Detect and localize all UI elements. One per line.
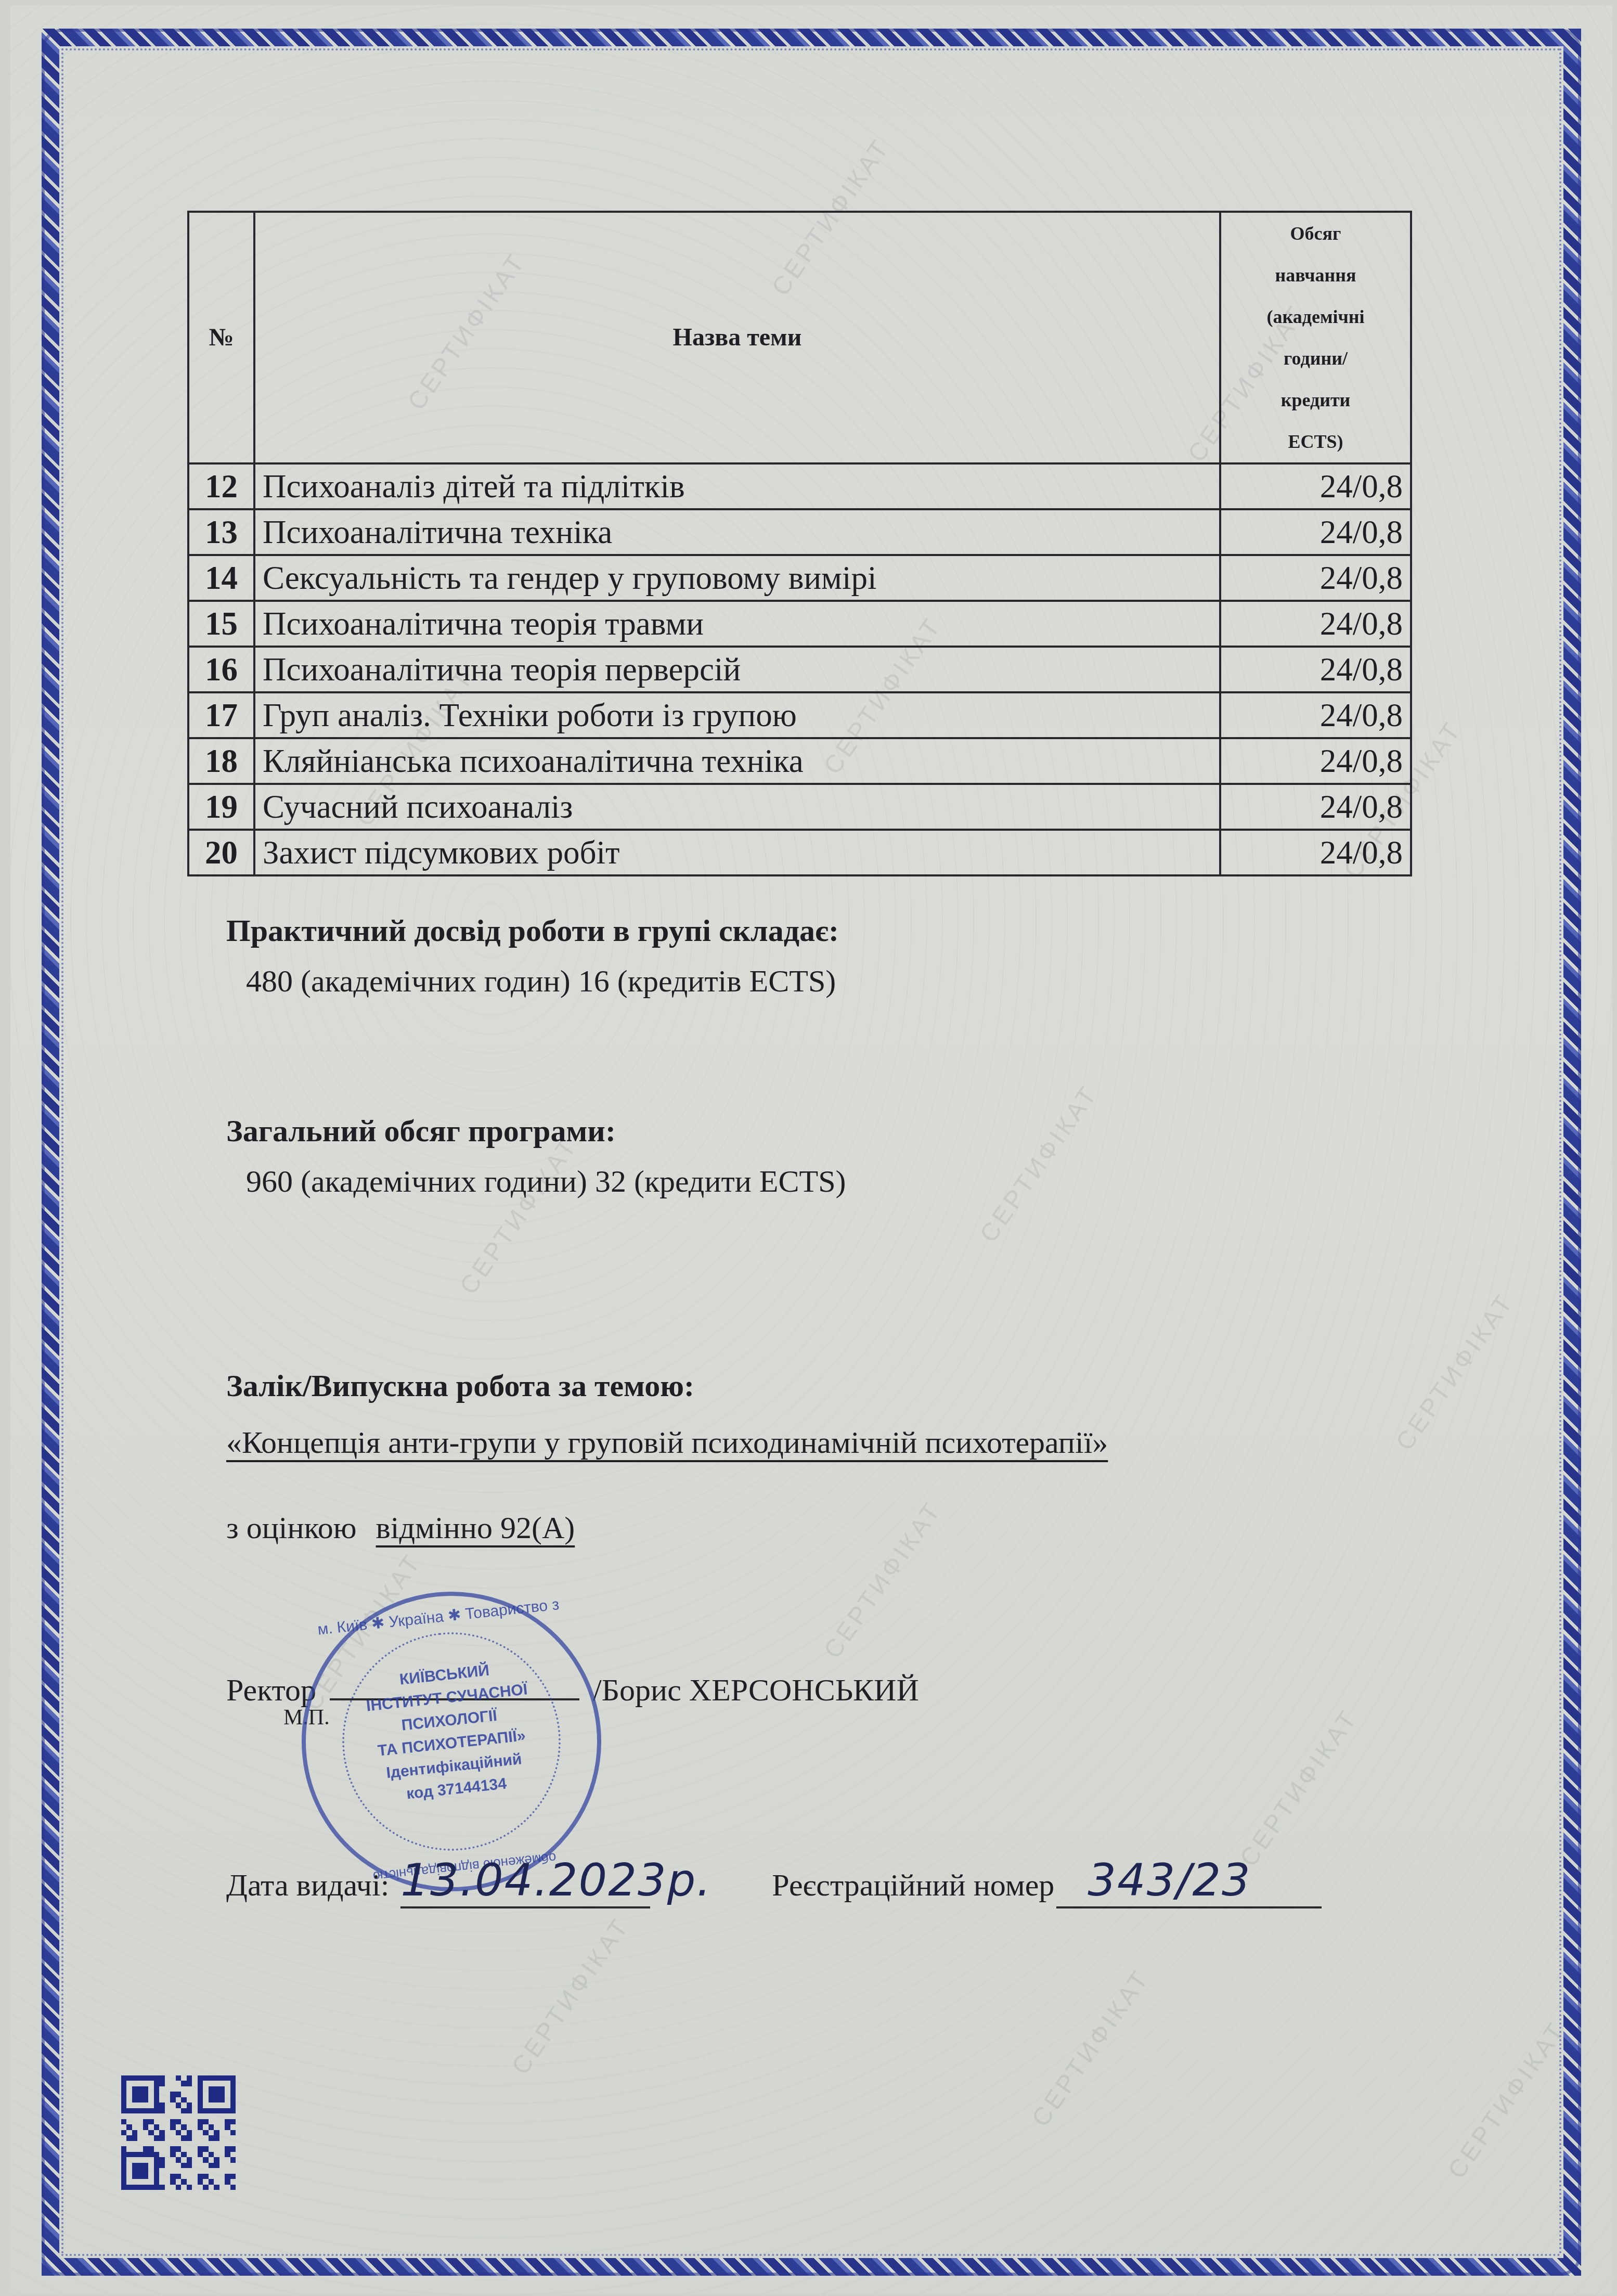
row-volume: 24/0,8 xyxy=(1220,509,1411,555)
row-volume: 24/0,8 xyxy=(1220,601,1411,647)
table-row: 13Психоаналітична техніка24/0,8 xyxy=(188,509,1411,555)
row-topic: Груп аналіз. Техніки роботи із групою xyxy=(254,692,1220,738)
total-section: Загальний обсяг програми: 960 (академічн… xyxy=(226,1113,846,1199)
row-topic: Психоаналіз дітей та підлітків xyxy=(254,463,1220,509)
table-row: 19Сучасний психоаналіз24/0,8 xyxy=(188,784,1411,830)
practice-label: Практичний досвід роботи в групі складає… xyxy=(226,913,839,949)
header-topic: Назва теми xyxy=(254,212,1220,463)
issue-date-label: Дата видачі: xyxy=(226,1868,389,1902)
row-volume: 24/0,8 xyxy=(1220,647,1411,692)
table-row: 17Груп аналіз. Техніки роботи із групою2… xyxy=(188,692,1411,738)
topics-table: № Назва теми Обсяг навчання (академічні … xyxy=(187,211,1412,876)
table-row: 16Психоаналітична теорія перверсій24/0,8 xyxy=(188,647,1411,692)
practice-section: Практичний досвід роботи в групі складає… xyxy=(226,913,839,999)
qr-code-icon xyxy=(121,2075,236,2190)
row-topic: Психоаналітична техніка xyxy=(254,509,1220,555)
row-number: 15 xyxy=(188,601,254,647)
header-volume-line: кредити xyxy=(1228,379,1403,421)
row-topic: Захист підсумкових робіт xyxy=(254,830,1220,875)
row-number: 18 xyxy=(188,738,254,784)
row-number: 19 xyxy=(188,784,254,830)
table-header-row: № Назва теми Обсяг навчання (академічні … xyxy=(188,212,1411,463)
stamp-inner-text: КИЇВСЬКИЙ ІНСТИТУТ СУЧАСНОЇ ПСИХОЛОГІЇ Т… xyxy=(360,1655,540,1809)
grade-label: з оцінкою xyxy=(226,1511,357,1545)
registration-value: 343/23 xyxy=(1056,1854,1322,1908)
row-topic: Сучасний психоаналіз xyxy=(254,784,1220,830)
table-row: 14Сексуальність та гендер у груповому ви… xyxy=(188,555,1411,601)
row-number: 16 xyxy=(188,647,254,692)
row-topic: Сексуальність та гендер у груповому вимі… xyxy=(254,555,1220,601)
header-volume-line: (академічні xyxy=(1228,296,1403,338)
header-volume-line: години/ xyxy=(1228,338,1403,379)
total-value: 960 (академічних години) 32 (кредити ECT… xyxy=(246,1164,846,1199)
row-topic: Психоаналітична теорія перверсій xyxy=(254,647,1220,692)
table-row: 15Психоаналітична теорія травми24/0,8 xyxy=(188,601,1411,647)
rector-name: /Борис ХЕРСОНСЬКИЙ xyxy=(593,1673,919,1707)
grade-line: з оцінкою відмінно 92(А) xyxy=(226,1510,1108,1546)
row-number: 12 xyxy=(188,463,254,509)
row-volume: 24/0,8 xyxy=(1220,692,1411,738)
grade-value: відмінно 92(А) xyxy=(376,1511,575,1545)
row-number: 17 xyxy=(188,692,254,738)
table-body: 12Психоаналіз дітей та підлітків24/0,813… xyxy=(188,463,1411,875)
registration-label: Реєстраційний номер xyxy=(772,1868,1054,1902)
certificate-page: СЕРТИФІКАТСЕРТИФІКАТСЕРТИФІКАТСЕРТИФІКАТ… xyxy=(10,5,1612,2294)
header-number: № xyxy=(188,212,254,463)
row-number: 13 xyxy=(188,509,254,555)
header-volume-line: навчання xyxy=(1228,254,1403,296)
header-volume: Обсяг навчання (академічні години/ креди… xyxy=(1220,212,1411,463)
row-volume: 24/0,8 xyxy=(1220,463,1411,509)
row-volume: 24/0,8 xyxy=(1220,738,1411,784)
thesis-label: Залік/Випускна робота за темою: xyxy=(226,1368,1108,1404)
row-topic: Кляйніанська психоаналітична техніка xyxy=(254,738,1220,784)
issue-section: Дата видачі: 13.04.2023р. Реєстраційний … xyxy=(226,1854,1322,1908)
row-number: 20 xyxy=(188,830,254,875)
thesis-title: «Концепція анти-групи у груповій психоди… xyxy=(226,1425,1108,1461)
row-volume: 24/0,8 xyxy=(1220,830,1411,875)
table-row: 20Захист підсумкових робіт24/0,8 xyxy=(188,830,1411,875)
header-volume-line: Обсяг xyxy=(1228,213,1403,254)
row-volume: 24/0,8 xyxy=(1220,784,1411,830)
practice-value: 480 (академічних годин) 16 (кредитів ECT… xyxy=(246,963,839,999)
rector-label: Ректор xyxy=(226,1673,316,1707)
row-topic: Психоаналітична теорія травми xyxy=(254,601,1220,647)
thesis-section: Залік/Випускна робота за темою: «Концепц… xyxy=(226,1368,1108,1546)
header-volume-line: ECTS) xyxy=(1228,421,1403,462)
total-label: Загальний обсяг програми: xyxy=(226,1113,846,1149)
table-row: 12Психоаналіз дітей та підлітків24/0,8 xyxy=(188,463,1411,509)
issue-date-value: 13.04.2023р. xyxy=(400,1854,650,1908)
row-number: 14 xyxy=(188,555,254,601)
table-row: 18Кляйніанська психоаналітична техніка24… xyxy=(188,738,1411,784)
row-volume: 24/0,8 xyxy=(1220,555,1411,601)
